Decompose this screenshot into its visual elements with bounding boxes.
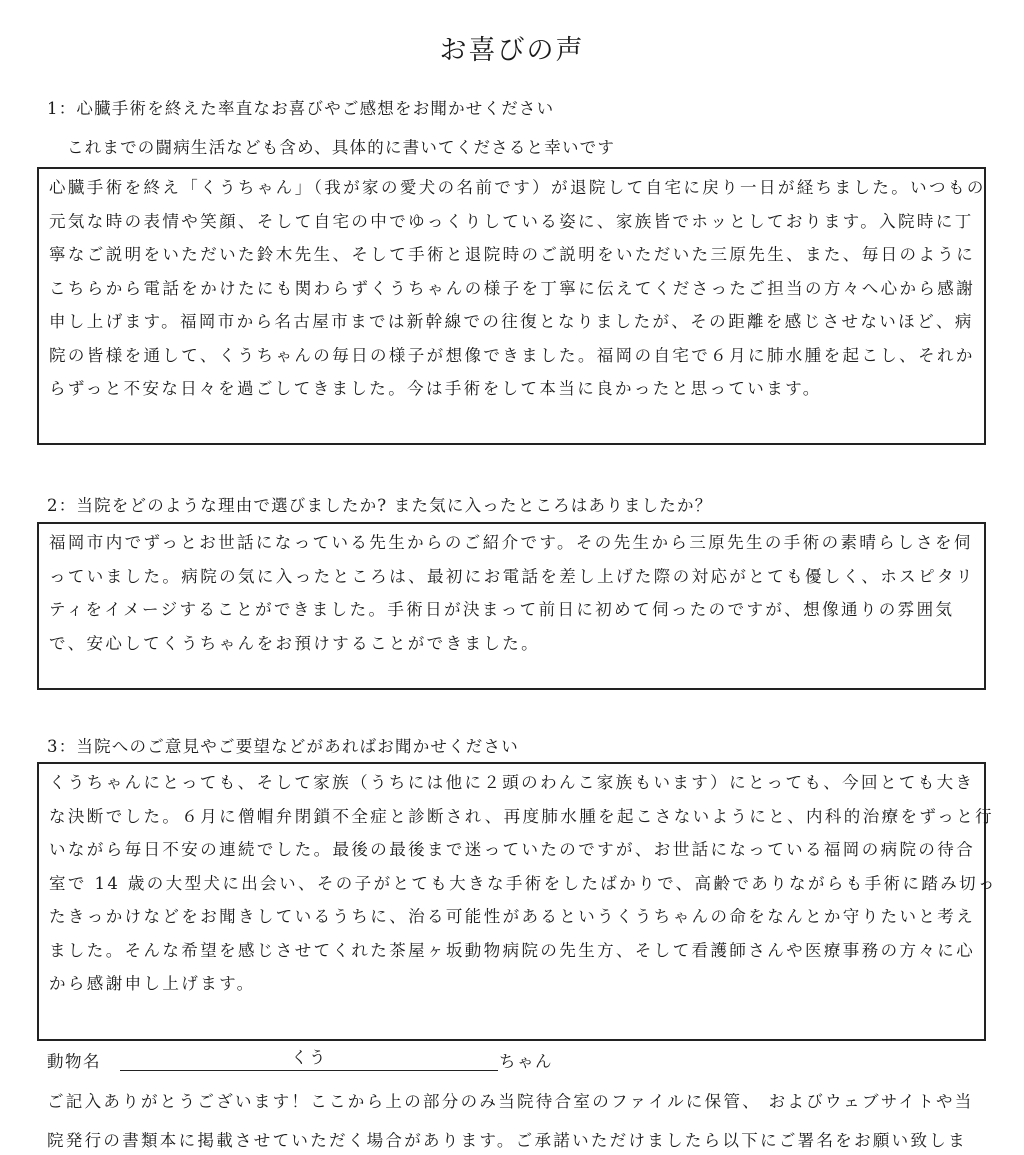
pet-name-suffix: ちゃん (499, 1048, 553, 1072)
answer-1-line: らずっと不安な日々を過ごしてきました。今は手術をして本当に良かったと思っています… (49, 372, 976, 406)
answer-2-line: で、安心してくうちゃんをお預けすることができました。 (49, 627, 976, 661)
page-title: お喜びの声 (0, 28, 1024, 67)
answer-1-line: 寧なご説明をいただいた鈴木先生、そして手術と退院時のご説明をいただいた三原先生、… (49, 238, 976, 272)
answer-1-box: 心臓手術を終え「くうちゃん」（我が家の愛犬の名前です）が退院して自宅に戻り一日が… (37, 167, 986, 445)
question-3-label: 3：当院へのご意見やご要望などがあればお聞かせください (47, 733, 519, 757)
answer-2-line: ティをイメージすることができました。手術日が決まって前日に初めて伺ったのですが、… (49, 593, 976, 627)
answer-3-line: いながら毎日不安の連続でした。最後の最後まで迷っていたのですが、お世話になってい… (49, 833, 976, 867)
question-1-subtext: これまでの闘病生活なども含め、具体的に書いてくださると幸いです (67, 134, 615, 158)
pet-name-field[interactable]: くう (120, 1045, 498, 1071)
answer-1-line: 元気な時の表情や笑顔、そして自宅の中でゆっくりしている姿に、家族皆でホッとしてお… (49, 205, 976, 239)
question-2-label: 2：当院をどのような理由で選びましたか? また気に入ったところはありましたか？ (47, 492, 712, 516)
testimonial-form-page: お喜びの声 1：心臓手術を終えた率直なお喜びやご感想をお聞かせください これまで… (0, 0, 1024, 1155)
answer-3-line: たきっかけなどをお聞きしているうちに、治る可能性があるというくうちゃんの命をなん… (49, 900, 976, 934)
pet-name-row: 動物名 くう ちゃん (47, 1045, 747, 1073)
pet-name-label: 動物名 (47, 1048, 101, 1072)
answer-1-line: 心臓手術を終え「くうちゃん」（我が家の愛犬の名前です）が退院して自宅に戻り一日が… (49, 171, 976, 205)
consent-notice-line: 院発行の書類本に掲載させていただく場合があります。ご承諾いただけましたら以下にご… (47, 1127, 967, 1151)
consent-notice-line: ご記入ありがとうございます！ここから上の部分のみ当院待合室のファイルに保管、 お… (47, 1088, 974, 1112)
answer-3-line: くうちゃんにとっても、そして家族（うちには他に２頭のわんこ家族もいます）にとって… (49, 766, 976, 800)
answer-1-line: 院の皆様を通して、くうちゃんの毎日の様子が想像できました。福岡の自宅で６月に肺水… (49, 339, 976, 373)
answer-1-line: こちらから電話をかけたにも関わらずくうちゃんの様子を丁寧に伝えてくださったご担当… (49, 272, 976, 306)
answer-3-line: な決断でした。６月に僧帽弁閉鎖不全症と診断され、再度肺水腫を起こさないようにと、… (49, 800, 976, 834)
answer-2-line: 福岡市内でずっとお世話になっている先生からのご紹介です。その先生から三原先生の手… (49, 526, 976, 560)
answer-2-line: っていました。病院の気に入ったところは、最初にお電話を差し上げた際の対応がとても… (49, 560, 976, 594)
answer-3-line: から感謝申し上げます。 (49, 967, 976, 1001)
answer-3-line: ました。そんな希望を感じさせてくれた茶屋ヶ坂動物病院の先生方、そして看護師さんや… (49, 934, 976, 968)
answer-3-box: くうちゃんにとっても、そして家族（うちには他に２頭のわんこ家族もいます）にとって… (37, 762, 986, 1041)
answer-3-line: 室で 14 歳の大型犬に出会い、その子がとても大きな手術をしたばかりで、高齢であ… (49, 867, 976, 901)
answer-2-box: 福岡市内でずっとお世話になっている先生からのご紹介です。その先生から三原先生の手… (37, 522, 986, 690)
question-1-label: 1：心臓手術を終えた率直なお喜びやご感想をお聞かせください (47, 95, 554, 119)
answer-1-line: 申し上げます。福岡市から名古屋市までは新幹線での往復となりましたが、その距離を感… (49, 305, 976, 339)
